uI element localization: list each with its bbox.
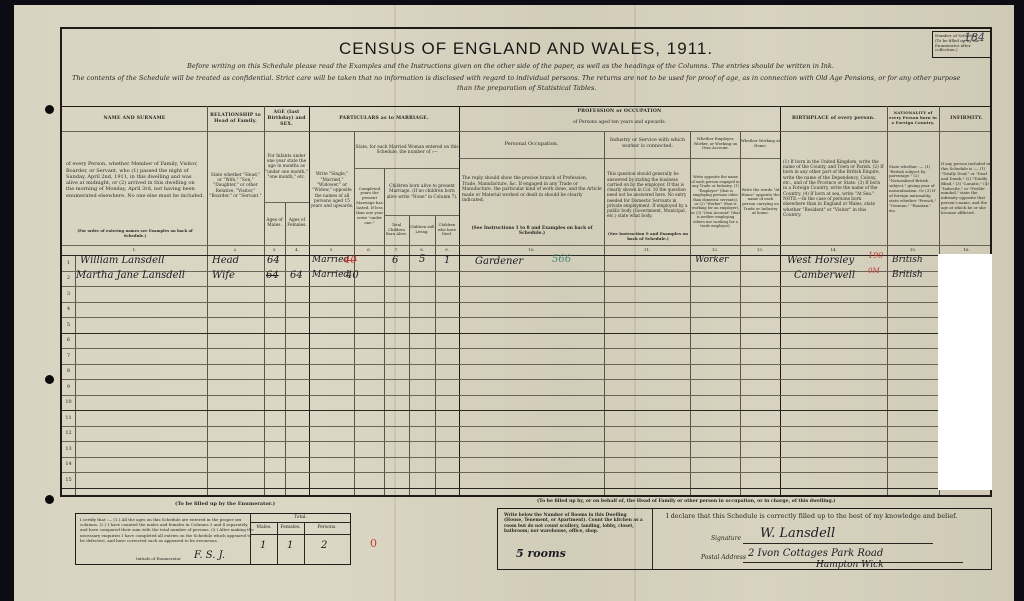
header-personal-occupation-note: (See Instructions 1 to 8 and Examples on… [462, 220, 602, 242]
punch-hole [45, 375, 54, 384]
entry-nationality: British [892, 270, 923, 280]
row-rule [62, 410, 990, 411]
header-married-woman: State, for each Married Woman entered on… [355, 133, 459, 167]
entry-children-living: 5 [419, 254, 425, 265]
census-form: CENSUS OF ENGLAND AND WALES, 1911. Befor… [60, 27, 992, 497]
totals-rule [251, 522, 350, 523]
declaration-box: Write below the Number of Rooms in this … [497, 508, 992, 570]
instruction-line-1: Before writing on this Schedule please r… [187, 62, 834, 70]
enumerator-section-label: (To be filled up by the Enumerator.) [175, 501, 275, 507]
totals-label: Total. [251, 515, 350, 520]
column-number: 10. [459, 247, 604, 255]
row-number: 4 [63, 306, 74, 312]
column-number: 15. [887, 247, 939, 255]
row-number: 7 [63, 353, 74, 359]
row-rule [62, 286, 990, 287]
entry-occupation-code: 566 [552, 254, 571, 265]
punch-hole [45, 105, 54, 114]
entry-children-died: 1 [444, 255, 450, 266]
header-marriage-title: PARTICULARS as to MARRIAGE. [309, 108, 459, 130]
row-number: 11 [63, 415, 74, 421]
entry-age-male-struck: 64 [266, 270, 279, 281]
row-number: 1 [63, 260, 74, 266]
postal-address-line-2: Hampton Wick [816, 560, 884, 570]
signature-label: Signature [711, 535, 741, 542]
totals-females-label: Females. [277, 525, 304, 530]
column-number: 13. [740, 247, 780, 255]
row-rule [62, 488, 990, 489]
entry-name: Martha Jane Lansdell [76, 270, 185, 281]
entry-birthplace-code: 190 [868, 251, 883, 260]
marriage-subrule [354, 168, 459, 169]
row-number: 12 [63, 430, 74, 436]
column-divider [459, 106, 460, 495]
row-rule [62, 441, 990, 442]
entry-birthplace-code: 0M [868, 267, 880, 275]
entry-name: William Lansdell [80, 255, 164, 266]
postal-address-line-1: 2 Ivon Cottages Park Road [748, 548, 883, 559]
header-children: Children born alive to present Marriage.… [385, 170, 459, 214]
header-employer-status: Whether Employer, Worker, or Working on … [691, 132, 740, 156]
header-birthplace-title: BIRTHPLACE of every person. [780, 108, 887, 130]
declaration-text: I declare that this Schedule is correctl… [666, 512, 957, 520]
enumerator-initials: F. S. J. [194, 550, 225, 561]
header-age-females: Ages of Females. [285, 204, 309, 242]
row-rule [62, 302, 990, 303]
header-relationship-body: State whether "Head," or "Wife," "Son," … [209, 136, 262, 236]
entry-birthplace: West Horsley [787, 255, 854, 266]
entry-years-married: 40 [346, 270, 359, 281]
header-name-title: NAME AND SURNAME [62, 108, 207, 130]
header-marriage-condition: Write "Single," "Married," "Widower," or… [310, 146, 354, 236]
entry-birthplace: Camberwell [794, 270, 855, 281]
schedule-number-value: 184 [964, 31, 985, 44]
header-name-body: of every Person, whether Member of Famil… [66, 134, 204, 226]
row-number: 9 [63, 384, 74, 390]
row-number: 3 [63, 291, 74, 297]
row-number: 8 [63, 368, 74, 374]
children-subrule [384, 215, 459, 216]
column-number: 1. [62, 247, 207, 255]
column-divider [207, 106, 208, 495]
column-number: 12. [690, 247, 740, 255]
column-number: 5. [309, 247, 354, 255]
header-name-note: (For order of entering names see Example… [66, 226, 204, 242]
entry-employment-status: Worker [695, 255, 728, 265]
instruction-line-2: The contents of the Schedule will be tre… [72, 74, 960, 82]
header-age-body: For Infants under one year state the age… [265, 134, 308, 200]
header-birthplace-body: (1) If born in the United Kingdom, write… [783, 134, 885, 244]
redacted-infirmity-column [938, 254, 992, 490]
row-number: 15 [63, 477, 74, 483]
enumerator-certification: I certify that :— (1.) All the ages on t… [80, 517, 255, 543]
header-relationship-title: RELATIONSHIP to Head of Family. [207, 108, 264, 130]
table-grid: NAME AND SURNAME of every Person, whethe… [62, 106, 990, 495]
column-number: 7. [384, 247, 409, 255]
column-number: 11. [604, 247, 690, 255]
row-rule [62, 426, 990, 427]
row-number: 2 [63, 275, 74, 281]
entry-nationality: British [892, 255, 923, 265]
occupation-subrule [459, 158, 780, 159]
instruction-line-3: than the preparation of Statistical Tabl… [457, 84, 597, 92]
entry-relationship: Head [212, 255, 239, 266]
rooms-value: 5 rooms [516, 547, 566, 561]
header-children-living: Children still Living. [409, 217, 435, 243]
entry-children-born: 6 [392, 255, 398, 266]
entry-occupation: Gardener [475, 256, 523, 267]
entry-condition: Married [312, 270, 349, 280]
row-number: 5 [63, 322, 74, 328]
column-number: 2. [207, 247, 264, 255]
entry-age-female: 64 [290, 270, 303, 281]
entry-years-married-struck: 40 [344, 255, 357, 266]
header-years-married: Completed years the present Marriage has… [355, 170, 384, 242]
column-divider [75, 256, 76, 495]
row-rule [62, 395, 990, 396]
column-number: 4. [285, 247, 309, 255]
rooms-instruction: Write below the Number of Rooms in this … [504, 513, 646, 534]
row-number: 6 [63, 337, 74, 343]
totals-table: Total. Males. Females. Persons. 1 1 2 [250, 514, 350, 564]
header-age-title: AGE (last Birthday) and SEX. [264, 108, 309, 130]
header-industry: Industry or Service with which worker is… [605, 132, 690, 156]
column-divider [780, 106, 781, 495]
totals-rule [251, 534, 350, 535]
header-industry-note: (See Instruction 9 and Examples on back … [607, 228, 689, 243]
enumerator-initials-label: Initials of Enumerator [136, 556, 181, 561]
header-occupation-subtitle: of Persons aged ten years and upwards. [459, 117, 780, 129]
header-employer-status-body: Write opposite the name of each person e… [691, 160, 740, 244]
postal-address-label: Postal Address [701, 554, 746, 561]
column-divider [435, 216, 436, 495]
header-at-home-body: Write the words "At Home" opposite the n… [741, 162, 780, 242]
enumerator-box: I certify that :— (1.) All the ages on t… [75, 513, 351, 565]
column-divider [887, 106, 888, 495]
row-rule [62, 333, 990, 334]
row-rule [62, 472, 990, 473]
row-rule [62, 317, 990, 318]
punch-hole [45, 495, 54, 504]
totals-females-value: 1 [287, 540, 293, 551]
column-divider [409, 216, 410, 495]
column-number: 9. [435, 247, 459, 255]
row-number: 10 [63, 399, 74, 405]
document-title: CENSUS OF ENGLAND AND WALES, 1911. [62, 39, 990, 59]
header-personal-occupation: Personal Occupation. [459, 132, 604, 156]
signature-line [743, 543, 933, 544]
red-check-mark: 0 [370, 537, 377, 550]
header-at-home: Whether Working at Home. [741, 132, 780, 156]
header-total-children: Total Children Born Alive. [384, 217, 409, 243]
totals-males-label: Males. [251, 525, 277, 530]
totals-persons-value: 2 [321, 540, 327, 551]
header-infirmity-body: If any person included in this Schedule … [941, 134, 992, 244]
row-number: 14 [63, 461, 74, 467]
schedule-number-box: Number of Schedule (To be filled up by t… [932, 31, 992, 58]
header-nationality-body: State whether :— (1) "British subject by… [889, 134, 938, 244]
colnum-rule [62, 245, 990, 246]
rooms-instruction-panel: Write below the Number of Rooms in this … [498, 509, 653, 569]
header-age-males: Ages of Males. [264, 204, 285, 242]
row-number: 13 [63, 446, 74, 452]
header-infirmity-title: INFIRMITY. [939, 108, 994, 130]
column-number: 6. [354, 247, 384, 255]
entry-relationship: Wife [212, 270, 235, 281]
column-number: 3. [264, 247, 285, 255]
row-rule [62, 457, 990, 458]
signature: W. Lansdell [760, 526, 835, 541]
header-children-died: Children who have Died. [435, 217, 459, 243]
totals-persons-label: Persons. [304, 525, 350, 530]
row-rule [62, 364, 990, 365]
header-nationality-title: NATIONALITY of every Person born in a Fo… [887, 106, 939, 131]
header-personal-occupation-body: The reply should show the precise branch… [462, 162, 602, 218]
head-of-family-label: (To be filled up by, or on behalf of, th… [537, 499, 835, 504]
totals-males-value: 1 [260, 540, 266, 551]
header-industry-body: This question should generally be answer… [607, 161, 689, 229]
row-rule [62, 379, 990, 380]
entry-age-male: 64 [267, 255, 280, 266]
row-rule [62, 348, 990, 349]
age-subrule [264, 202, 309, 203]
